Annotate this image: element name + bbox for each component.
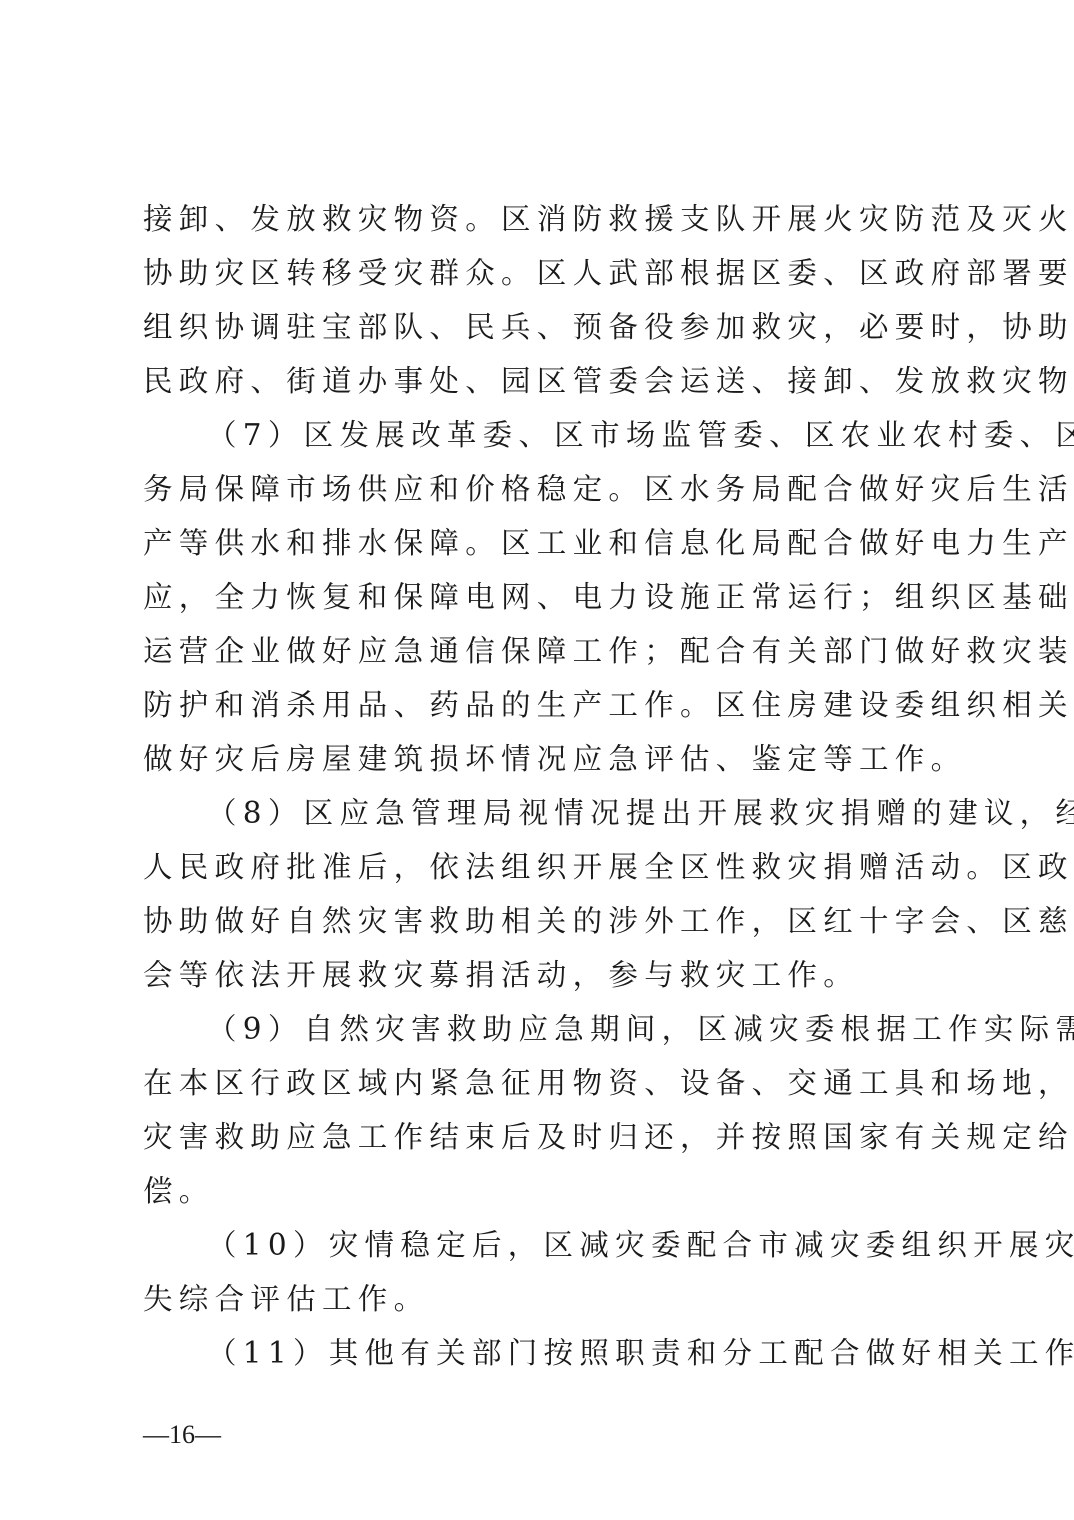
text-line: 应，全力恢复和保障电网、电力设施正常运行；组织区基础电信 — [143, 570, 943, 624]
paragraph-start-line: （9）自然灾害救助应急期间，区减灾委根据工作实际需要 — [143, 1002, 943, 1056]
text-line: 在本区行政区域内紧急征用物资、设备、交通工具和场地，自然 — [143, 1056, 943, 1110]
paragraph-start-line: （7）区发展改革委、区市场监管委、区农业农村委、区商 — [143, 408, 943, 462]
text-line: 接卸、发放救灾物资。区消防救援支队开展火灾防范及灭火救援， — [143, 192, 943, 246]
text-line: 人民政府批准后，依法组织开展全区性救灾捐赠活动。区政府办 — [143, 840, 943, 894]
paragraph-start-line: （8）区应急管理局视情况提出开展救灾捐赠的建议，经区 — [143, 786, 943, 840]
text-line: 做好灾后房屋建筑损坏情况应急评估、鉴定等工作。 — [143, 732, 943, 786]
text-line: 民政府、街道办事处、园区管委会运送、接卸、发放救灾物资。 — [143, 354, 943, 408]
paragraph-start-line: （11）其他有关部门按照职责和分工配合做好相关工作。 — [143, 1326, 943, 1380]
text-line: 偿。 — [143, 1164, 943, 1218]
document-page: 接卸、发放救灾物资。区消防救援支队开展火灾防范及灭火救援， 协助灾区转移受灾群众… — [0, 0, 1074, 1520]
text-line: 务局保障市场供应和价格稳定。区水务局配合做好灾后生活、生 — [143, 462, 943, 516]
paragraph-start-line: （10）灾情稳定后，区减灾委配合市减灾委组织开展灾害损 — [143, 1218, 943, 1272]
text-line: 组织协调驻宝部队、民兵、预备役参加救灾，必要时，协助镇人 — [143, 300, 943, 354]
text-line: 运营企业做好应急通信保障工作；配合有关部门做好救灾装备、 — [143, 624, 943, 678]
body-text: 接卸、发放救灾物资。区消防救援支队开展火灾防范及灭火救援， 协助灾区转移受灾群众… — [143, 192, 943, 1380]
text-line: 防护和消杀用品、药品的生产工作。区住房建设委组织相关部门 — [143, 678, 943, 732]
page-number: —16— — [143, 1420, 221, 1450]
text-line: 灾害救助应急工作结束后及时归还，并按照国家有关规定给予补 — [143, 1110, 943, 1164]
text-line: 失综合评估工作。 — [143, 1272, 943, 1326]
text-line: 会等依法开展救灾募捐活动，参与救灾工作。 — [143, 948, 943, 1002]
text-line: 产等供水和排水保障。区工业和信息化局配合做好电力生产和供 — [143, 516, 943, 570]
text-line: 协助做好自然灾害救助相关的涉外工作，区红十字会、区慈善协 — [143, 894, 943, 948]
text-line: 协助灾区转移受灾群众。区人武部根据区委、区政府部署要求， — [143, 246, 943, 300]
